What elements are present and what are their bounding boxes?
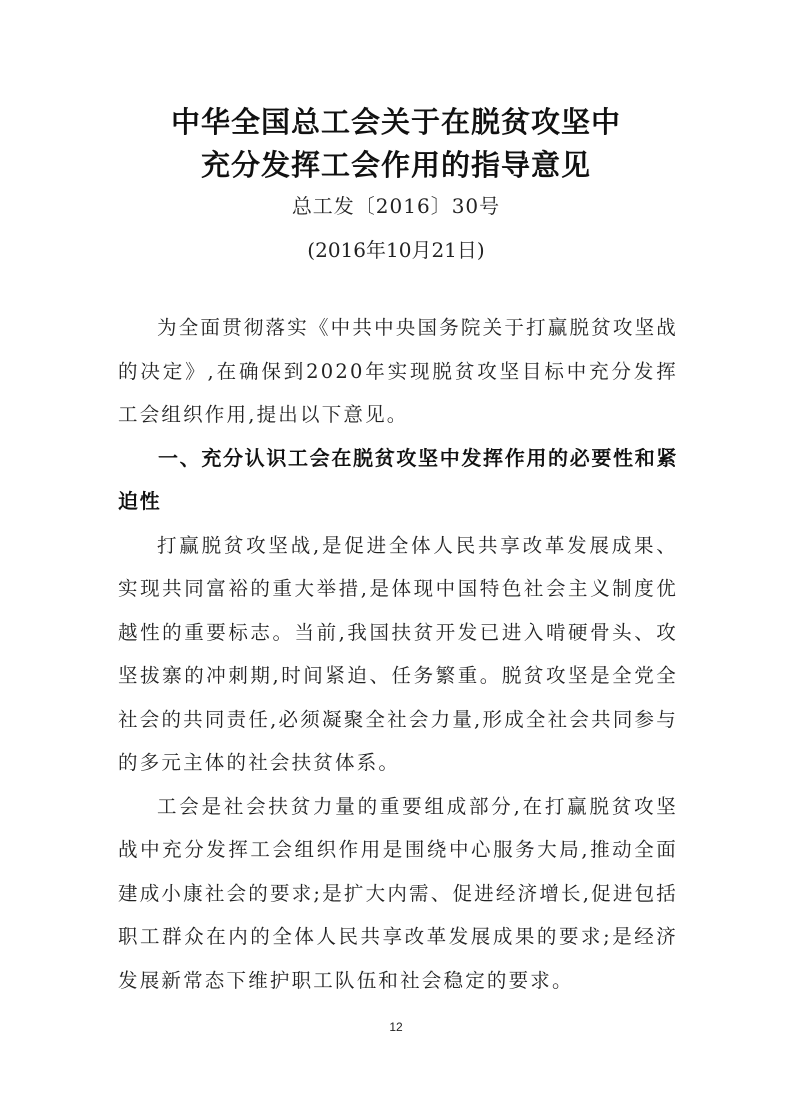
body-paragraph: 工会是社会扶贫力量的重要组成部分,在打赢脱贫攻坚战中充分发挥工会组织作用是围绕中… [118, 785, 678, 1003]
document-page: 中华全国总工会关于在脱贫攻坚中 充分发挥工会作用的指导意见 总工发〔2016〕3… [0, 0, 792, 1120]
document-number: 总工发〔2016〕30号 [0, 190, 792, 219]
page-number: 12 [0, 1020, 792, 1034]
document-body: 为全面贯彻落实《中共中央国务院关于打赢脱贫攻坚战的决定》,在确保到2020年实现… [118, 306, 678, 1002]
intro-paragraph: 为全面贯彻落实《中共中央国务院关于打赢脱贫攻坚战的决定》,在确保到2020年实现… [118, 306, 678, 437]
document-title-line-1: 中华全国总工会关于在脱贫攻坚中 [0, 100, 792, 141]
document-title-line-2: 充分发挥工会作用的指导意见 [0, 143, 792, 184]
section-heading: 一、充分认识工会在脱贫攻坚中发挥作用的必要性和紧迫性 [118, 437, 678, 524]
document-date: (2016年10月21日) [0, 234, 792, 263]
body-paragraph: 打赢脱贫攻坚战,是促进全体人民共享改革发展成果、实现共同富裕的重大举措,是体现中… [118, 524, 678, 785]
